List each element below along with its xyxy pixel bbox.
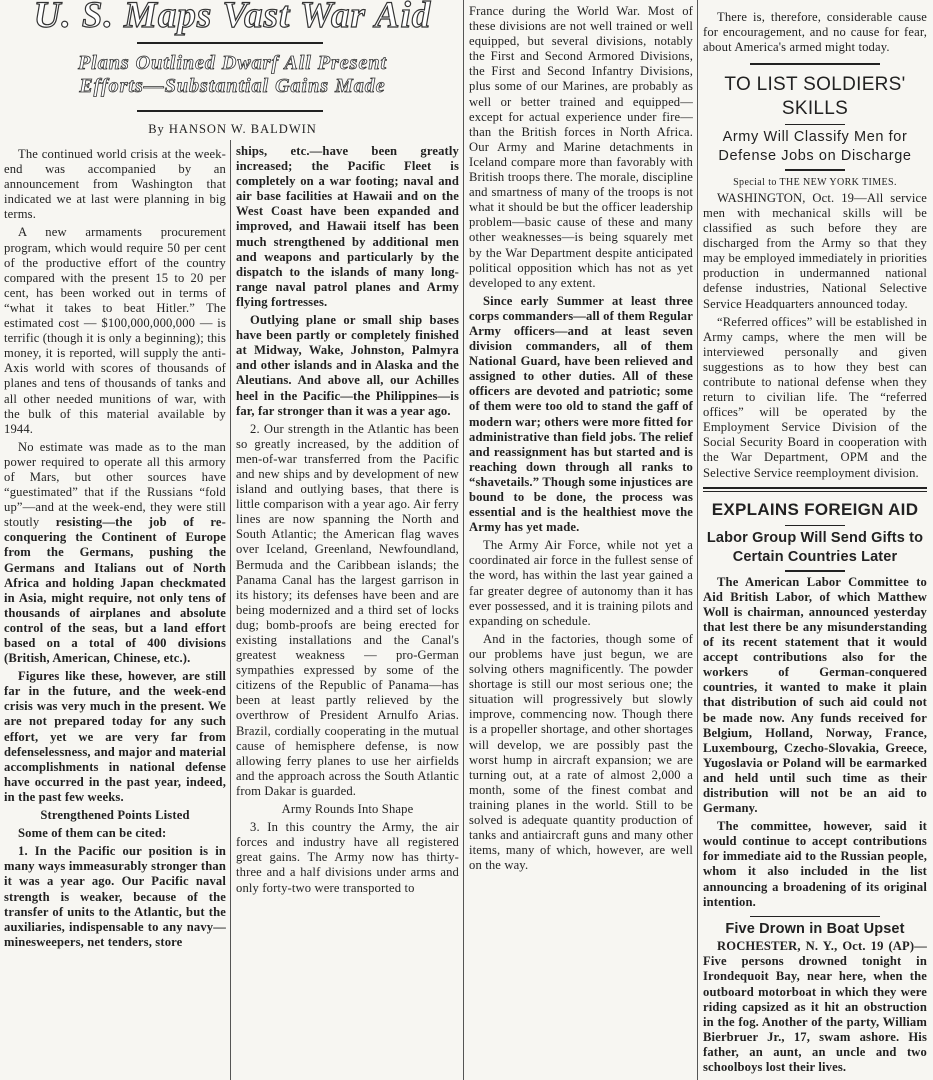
story-boat-upset: Five Drown in Boat Upset ROCHESTER, N. Y… xyxy=(703,920,927,1075)
deck-rule xyxy=(785,570,845,572)
deck-line-2: Efforts—Substantial Gains Made xyxy=(0,75,465,98)
paragraph: 3. In this country the Army, the air for… xyxy=(236,820,459,895)
column-rule xyxy=(463,0,464,1080)
paragraph: “Referred offices” will be established i… xyxy=(703,315,927,481)
story-deck: Labor Group Will Send Gifts to Certain C… xyxy=(703,529,927,567)
newspaper-page: U. S. Maps Vast War Aid Plans Outlined D… xyxy=(0,0,933,1080)
paragraph: 2. Our strength in the Atlantic has been… xyxy=(236,422,459,799)
paragraph: ships, etc.—have been greatly increased;… xyxy=(236,144,459,310)
story-soldiers-skills: TO LIST SOLDIERS' SKILLS Army Will Class… xyxy=(703,73,927,481)
main-deck: Plans Outlined Dwarf All Present Efforts… xyxy=(0,52,465,98)
story-foreign-aid: EXPLAINS FOREIGN AID Labor Group Will Se… xyxy=(703,498,927,910)
paragraph: Since early Summer at least three corps … xyxy=(469,294,693,536)
deck-line-1: Plans Outlined Dwarf All Present xyxy=(0,52,465,75)
story-headline: Five Drown in Boat Upset xyxy=(703,920,927,939)
paragraph: Some of them can be cited: xyxy=(4,826,226,841)
deck-rule xyxy=(137,110,323,112)
paragraph: Figures like these, however, are still f… xyxy=(4,669,226,805)
main-headline: U. S. Maps Vast War Aid xyxy=(0,0,465,38)
story-headline: EXPLAINS FOREIGN AID xyxy=(703,498,927,522)
paragraph: ROCHESTER, N. Y., Oct. 19 (AP)—Five pers… xyxy=(703,939,927,1075)
paragraph: The American Labor Committee to Aid Brit… xyxy=(703,575,927,817)
subhead: Army Rounds Into Shape xyxy=(236,802,459,817)
article-column-3: France during the World War. Most of the… xyxy=(469,4,693,873)
paragraph: No estimate was made as to the man power… xyxy=(4,440,226,666)
section-divider xyxy=(703,487,927,492)
paragraph: And in the factories, though some of our… xyxy=(469,632,693,874)
article-column-2: ships, etc.—have been greatly increased;… xyxy=(236,144,459,896)
paragraph: The Army Air Force, while not yet a coor… xyxy=(469,538,693,629)
paragraph: WASHINGTON, Oct. 19—All service men with… xyxy=(703,191,927,312)
paragraph-text-bold: resisting—the job of re-conquering the C… xyxy=(4,515,226,665)
byline: By HANSON W. BALDWIN xyxy=(0,122,465,137)
paragraph: A new armaments procurement program, whi… xyxy=(4,225,226,436)
story-end-rule xyxy=(750,916,880,918)
article-column-4: There is, therefore, considerable cause … xyxy=(703,10,927,1075)
story-end-rule xyxy=(750,63,880,65)
deck-rule xyxy=(785,169,845,171)
subhead: Strengthened Points Listed xyxy=(4,808,226,823)
dateline-credit: Special to THE NEW YORK TIMES. xyxy=(703,175,927,190)
paragraph: Outlying plane or small ship bases have … xyxy=(236,313,459,419)
story-headline: TO LIST SOLDIERS' SKILLS xyxy=(703,73,927,121)
headline-rule xyxy=(785,525,845,527)
article-column-1: The continued world crisis at the week-e… xyxy=(4,147,226,950)
paragraph: 1. In the Pacific our position is in man… xyxy=(4,844,226,950)
column-rule xyxy=(230,140,231,1080)
paragraph: The continued world crisis at the week-e… xyxy=(4,147,226,222)
paragraph: There is, therefore, considerable cause … xyxy=(703,10,927,55)
paragraph: France during the World War. Most of the… xyxy=(469,4,693,291)
paragraph: The committee, however, said it would co… xyxy=(703,819,927,910)
headline-rule xyxy=(785,124,845,126)
story-deck: Army Will Classify Men for Defense Jobs … xyxy=(703,128,927,166)
headline-rule xyxy=(137,42,323,44)
column-rule xyxy=(697,0,698,1080)
